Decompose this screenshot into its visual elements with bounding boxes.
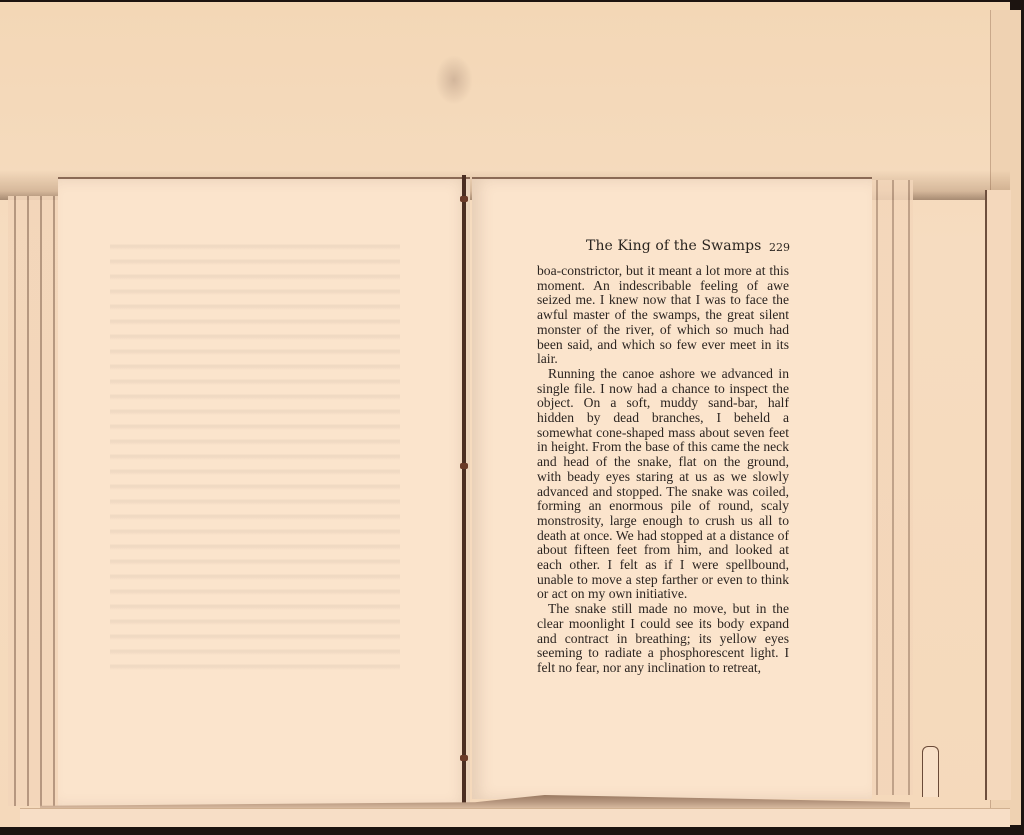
binding-stitch (460, 755, 468, 761)
left-page-edges (8, 196, 63, 806)
running-head: The King of the Swamps (586, 238, 761, 254)
right-flap (985, 190, 1011, 800)
paper-tab (922, 746, 939, 797)
paragraph: boa-constrictor, but it meant a lot more… (537, 264, 789, 367)
binding-stitch (460, 463, 468, 469)
page-body-text: boa-constrictor, but it meant a lot more… (537, 264, 789, 676)
paragraph: The snake still made no move, but in the… (537, 602, 789, 676)
show-through-text (110, 235, 400, 675)
page-number: 229 (769, 241, 790, 254)
right-page-edges (868, 180, 913, 795)
binding-stitch (460, 196, 468, 202)
paragraph: Running the canoe ashore we advanced in … (537, 367, 789, 602)
paper-smudge (435, 55, 473, 105)
bottom-sheet-strip (20, 808, 1010, 827)
book-spine (462, 175, 466, 807)
